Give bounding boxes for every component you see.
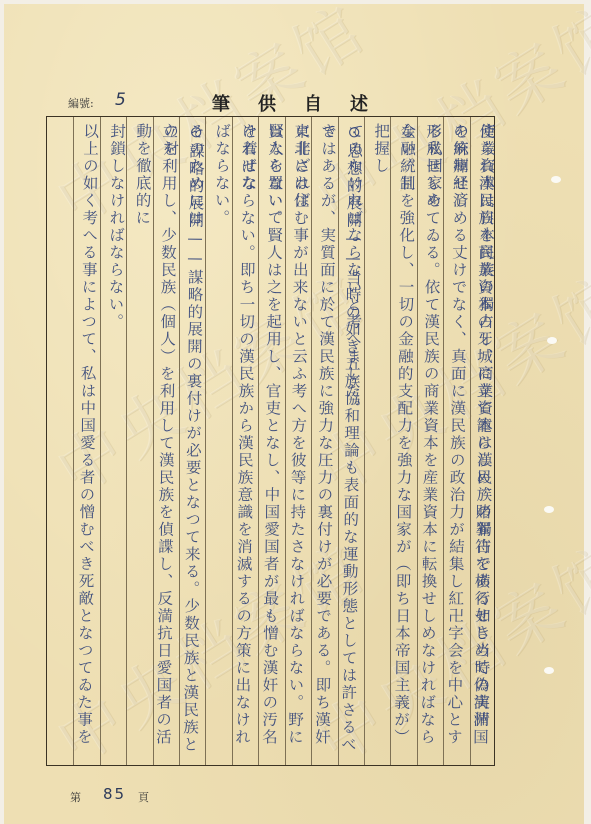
serial-value: 5 [115, 90, 126, 110]
manuscript-column: を麻痺せしめる丈けでなく、真面に漢民族の政治力が結集し紅卍字会を中心とする私国家… [417, 117, 443, 765]
manuscript-column: ではあるが、実質面に於て漢民族に強力な圧力の裏付けが必要である。即ち漢奸に非ざれ… [285, 117, 311, 765]
manuscript-column: 使られ漢民族を商業資本の牙城に立て籠らしめ、賭罪符を横行せしめて偽満洲国の統制経… [443, 117, 469, 765]
manuscript-column: 形成せしめてゐる。依て漢民族の商業資本を産業資本に転換せしめなければならない。且 [390, 117, 416, 765]
binding-hole [551, 176, 561, 183]
manuscript-column: ⊙謀略的展開——謀略的展開の裏付けが必要となつて来る。少数民族と漢民族との対 [153, 117, 179, 765]
manuscript-column: 產業資本は日本民族の獨占し、商業資本は漢民族の獨占である如き当時の実情 [470, 117, 496, 765]
manuscript-column: ければならない。即ち一切の漢民族から漢民族意識を消滅するの方策に出なければならな… [205, 117, 231, 765]
manuscript-column: 以上の如く考へる事によつて、私は中国愛る者の憎むべき死敵となつてゐた事を [73, 117, 99, 765]
page-suffix: 頁 [138, 789, 149, 805]
manuscript-column [47, 117, 73, 765]
manuscript-column: 立を利用し、少数民族（個人）を利用して漢民族を偵諜し、反満抗日愛国者の活動を徹底… [126, 117, 152, 765]
page-footer: 第 85 頁 [0, 787, 591, 807]
binding-hole [544, 667, 554, 674]
manuscript-column: てゐなければならないと考へました。 [338, 117, 364, 765]
manuscript-column: ⊙思想的展開——当時の如き五族協和理論も表面的な運動形態としては許さるべき [311, 117, 337, 765]
page-header: 編號: 5 筆供自述 [0, 92, 591, 116]
binding-hole [547, 337, 557, 344]
manuscript-column: そのためには [179, 117, 205, 765]
manuscript-column: 東北には住む事が出来ないと云ふ考へ方を彼等に持たさなければならない。野に賢人を置… [258, 117, 284, 765]
page-title: 筆供自述 [212, 90, 396, 116]
handwritten-line: 產業資本は日本民族の獨占し、商業資本は漢民族の獨占である如き当時の実情 [467, 117, 500, 763]
manuscript-column: 封鎖しなければならない。 [100, 117, 126, 765]
page-number: 85 [103, 785, 126, 803]
manuscript-column: はならない。賢人は之を起用し、官吏となし、中国愛国者が最も憎む漢奸の汚名を着せな [232, 117, 258, 765]
manuscript-column: 金融統制を強化し、一切の金融的支配力を強力な国家が（即ち日本帝国主義が）把握し [364, 117, 390, 765]
manuscript-grid: 以上の如く考へる事によつて、私は中国愛る者の憎むべき死敵となつてゐた事を封鎖しな… [46, 116, 495, 766]
page-prefix: 第 [70, 789, 81, 805]
binding-hole [544, 506, 554, 513]
serial-label: 編號: [68, 95, 94, 111]
